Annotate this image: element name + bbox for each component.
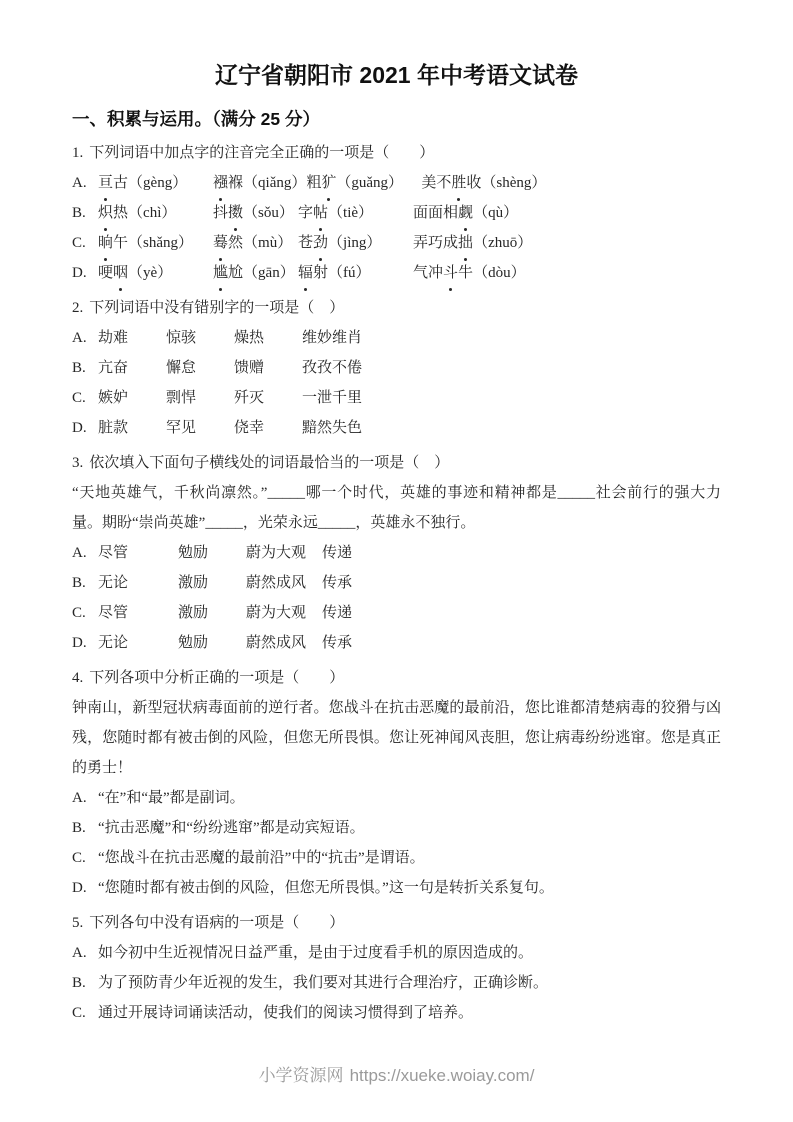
question-1: 1.下列词语中加点字的注音完全正确的一项是（ ） A.亘古（gèng）襁褓（qi… bbox=[72, 138, 721, 288]
option-label: B. bbox=[72, 568, 98, 598]
option-row: A.如今初中生近视情况日益严重，是由于过度看手机的原因造成的。 bbox=[72, 938, 721, 968]
option-label: D. bbox=[72, 413, 98, 443]
word: 气冲斗牛 bbox=[413, 265, 473, 281]
option-text: “您战斗在抗击恶魔的最前沿”中的“抗击”是谓语。 bbox=[98, 850, 425, 866]
question-number: 4. bbox=[72, 670, 83, 686]
pinyin: （zhuō） bbox=[473, 235, 532, 251]
word: 传承 bbox=[322, 568, 352, 598]
word: 炽热 bbox=[98, 205, 128, 221]
word: 嫉妒 bbox=[98, 383, 166, 413]
word: 勉励 bbox=[178, 628, 246, 658]
footer-watermark: 小学资源网https://xueke.woiay.com/ bbox=[0, 1061, 793, 1086]
word: 苍劲 bbox=[298, 235, 328, 251]
word-with-pinyin: 粗犷（guǎng） bbox=[306, 168, 421, 198]
question-1-stem: 1.下列词语中加点字的注音完全正确的一项是（ ） bbox=[72, 138, 721, 168]
pinyin: （fú） bbox=[328, 265, 371, 281]
word-with-pinyin: 美不胜收（shèng） bbox=[421, 168, 546, 198]
question-4-passage: 钟南山，新型冠状病毒面前的逆行者。您战斗在抗击恶魔的最前沿，您比谁都清楚病毒的狡… bbox=[72, 693, 721, 783]
question-4: 4.下列各项中分析正确的一项是（ ） 钟南山，新型冠状病毒面前的逆行者。您战斗在… bbox=[72, 663, 721, 903]
option-text: “抗击恶魔”和“纷纷逃窜”都是动宾短语。 bbox=[98, 820, 365, 836]
word: 孜孜不倦 bbox=[302, 353, 362, 383]
word: 馈赠 bbox=[234, 353, 302, 383]
option-text: “您随时都有被击倒的风险，但您无所畏惧。”这一句是转折关系复句。 bbox=[98, 880, 554, 896]
word-with-pinyin: 苍劲（jìng） bbox=[298, 228, 413, 258]
word: 蓦然 bbox=[213, 235, 243, 251]
word: 晌午 bbox=[98, 235, 128, 251]
word: 面面相觑 bbox=[413, 205, 473, 221]
word-with-pinyin: 哽咽（yè） bbox=[98, 258, 213, 288]
word: 懈怠 bbox=[166, 353, 234, 383]
pinyin: （qiǎng） bbox=[243, 175, 306, 191]
word: 传递 bbox=[322, 598, 352, 628]
option-label: B. bbox=[72, 813, 98, 843]
option-label: C. bbox=[72, 383, 98, 413]
option-label: A. bbox=[72, 168, 98, 198]
pinyin: （yè） bbox=[128, 265, 172, 281]
option-label: B. bbox=[72, 968, 98, 998]
option-row: D.无论勉励蔚然成风传承 bbox=[72, 628, 721, 658]
pinyin: （mù） bbox=[243, 235, 292, 251]
word: 粗犷 bbox=[306, 175, 336, 191]
question-5: 5.下列各句中没有语病的一项是（ ） A.如今初中生近视情况日益严重，是由于过度… bbox=[72, 908, 721, 1028]
word: 侥幸 bbox=[234, 413, 302, 443]
option-label: B. bbox=[72, 353, 98, 383]
option-row: B.为了预防青少年近视的发生，我们要对其进行合理治疗，正确诊断。 bbox=[72, 968, 721, 998]
site-name: 小学资源网 bbox=[259, 1066, 344, 1085]
pinyin: （jìng） bbox=[328, 235, 381, 251]
word: 亢奋 bbox=[98, 353, 166, 383]
option-label: C. bbox=[72, 843, 98, 873]
word: 尴尬 bbox=[213, 265, 243, 281]
word-with-pinyin: 亘古（gèng） bbox=[98, 168, 213, 198]
word: 一泄千里 bbox=[302, 383, 362, 413]
word: 惊骇 bbox=[166, 323, 234, 353]
option-text: 为了预防青少年近视的发生，我们要对其进行合理治疗，正确诊断。 bbox=[98, 975, 548, 991]
question-2-stem: 2.下列词语中没有错别字的一项是（ ） bbox=[72, 293, 721, 323]
word: 抖擞 bbox=[213, 205, 243, 221]
option-row: C.晌午（shǎng）蓦然（mù）苍劲（jìng）弄巧成拙（zhuō） bbox=[72, 228, 721, 258]
option-text: 如今初中生近视情况日益严重，是由于过度看手机的原因造成的。 bbox=[98, 945, 533, 961]
option-row: D.脏款罕见侥幸黯然失色 bbox=[72, 413, 721, 443]
word-with-pinyin: 蓦然（mù） bbox=[213, 228, 298, 258]
question-3-passage: “天地英雄气，千秋尚凛然。”_____哪一个时代，英雄的事迹和精神都是_____… bbox=[72, 478, 721, 538]
word-with-pinyin: 尴尬（gān） bbox=[213, 258, 298, 288]
option-label: A. bbox=[72, 938, 98, 968]
exam-page: 辽宁省朝阳市 2021 年中考语文试卷 一、积累与运用。（满分 25 分） 1.… bbox=[0, 0, 793, 1122]
pinyin: （guǎng） bbox=[336, 175, 403, 191]
option-label: C. bbox=[72, 998, 98, 1028]
site-url: https://xueke.woiay.com/ bbox=[350, 1066, 535, 1085]
option-row: B.亢奋懈怠馈赠孜孜不倦 bbox=[72, 353, 721, 383]
word: 维妙维肖 bbox=[302, 323, 362, 353]
word-with-pinyin: 炽热（chì） bbox=[98, 198, 213, 228]
word-with-pinyin: 晌午（shǎng） bbox=[98, 228, 213, 258]
word: 襁褓 bbox=[213, 175, 243, 191]
word: 蔚然成风 bbox=[246, 628, 322, 658]
question-number: 1. bbox=[72, 145, 83, 161]
word: 尽管 bbox=[98, 598, 178, 628]
option-label: D. bbox=[72, 258, 98, 288]
option-row: C.“您战斗在抗击恶魔的最前沿”中的“抗击”是谓语。 bbox=[72, 843, 721, 873]
pinyin: （sǒu） bbox=[243, 205, 294, 221]
pinyin: （gān） bbox=[243, 265, 295, 281]
word: 歼灭 bbox=[234, 383, 302, 413]
page-content: 辽宁省朝阳市 2021 年中考语文试卷 一、积累与运用。（满分 25 分） 1.… bbox=[0, 0, 793, 1028]
question-5-stem: 5.下列各句中没有语病的一项是（ ） bbox=[72, 908, 721, 938]
word: 哽咽 bbox=[98, 265, 128, 281]
word: 蔚为大观 bbox=[246, 598, 322, 628]
question-number: 2. bbox=[72, 300, 83, 316]
option-row: A.亘古（gèng）襁褓（qiǎng）粗犷（guǎng）美不胜收（shèng） bbox=[72, 168, 721, 198]
word: 尽管 bbox=[98, 538, 178, 568]
word: 字帖 bbox=[298, 205, 328, 221]
pinyin: （tiè） bbox=[328, 205, 373, 221]
word: 激励 bbox=[178, 568, 246, 598]
option-row: B.炽热（chì）抖擞（sǒu）字帖（tiè）面面相觑（qù） bbox=[72, 198, 721, 228]
option-label: B. bbox=[72, 198, 98, 228]
option-row: A.“在”和“最”都是副词。 bbox=[72, 783, 721, 813]
word-with-pinyin: 弄巧成拙（zhuō） bbox=[413, 228, 532, 258]
stem-text: 下列词语中没有错别字的一项是（ ） bbox=[89, 300, 344, 316]
word: 辐射 bbox=[298, 265, 328, 281]
word: 脏款 bbox=[98, 413, 166, 443]
option-row: A.尽管勉励蔚为大观传递 bbox=[72, 538, 721, 568]
stem-text: 下列各项中分析正确的一项是（ ） bbox=[89, 670, 344, 686]
word-with-pinyin: 襁褓（qiǎng） bbox=[213, 168, 306, 198]
pinyin: （shèng） bbox=[481, 175, 546, 191]
question-number: 3. bbox=[72, 455, 83, 471]
option-label: C. bbox=[72, 228, 98, 258]
word: 勉励 bbox=[178, 538, 246, 568]
word-with-pinyin: 面面相觑（qù） bbox=[413, 198, 518, 228]
word-with-pinyin: 抖擞（sǒu） bbox=[213, 198, 298, 228]
option-label: A. bbox=[72, 323, 98, 353]
option-text: “在”和“最”都是副词。 bbox=[98, 790, 245, 806]
word: 罕见 bbox=[166, 413, 234, 443]
stem-text: 下列词语中加点字的注音完全正确的一项是（ ） bbox=[89, 145, 434, 161]
option-row: C.嫉妒剽悍歼灭一泄千里 bbox=[72, 383, 721, 413]
word: 劫难 bbox=[98, 323, 166, 353]
word: 激励 bbox=[178, 598, 246, 628]
pinyin: （gèng） bbox=[128, 175, 187, 191]
word: 美不胜收 bbox=[421, 175, 481, 191]
question-3: 3.依次填入下面句子横线处的词语最恰当的一项是（ ） “天地英雄气，千秋尚凛然。… bbox=[72, 448, 721, 658]
word: 亘古 bbox=[98, 175, 128, 191]
question-3-stem: 3.依次填入下面句子横线处的词语最恰当的一项是（ ） bbox=[72, 448, 721, 478]
question-4-stem: 4.下列各项中分析正确的一项是（ ） bbox=[72, 663, 721, 693]
stem-text: 依次填入下面句子横线处的词语最恰当的一项是（ ） bbox=[89, 455, 449, 471]
option-label: D. bbox=[72, 873, 98, 903]
option-label: A. bbox=[72, 538, 98, 568]
option-row: D.“您随时都有被击倒的风险，但您无所畏惧。”这一句是转折关系复句。 bbox=[72, 873, 721, 903]
option-text: 通过开展诗词诵读活动，使我们的阅读习惯得到了培养。 bbox=[98, 1005, 473, 1021]
option-row: B.“抗击恶魔”和“纷纷逃窜”都是动宾短语。 bbox=[72, 813, 721, 843]
pinyin: （qù） bbox=[473, 205, 518, 221]
word: 弄巧成拙 bbox=[413, 235, 473, 251]
word: 蔚为大观 bbox=[246, 538, 322, 568]
word: 传递 bbox=[322, 538, 352, 568]
word: 传承 bbox=[322, 628, 352, 658]
option-label: A. bbox=[72, 783, 98, 813]
question-number: 5. bbox=[72, 915, 83, 931]
word: 蔚然成风 bbox=[246, 568, 322, 598]
word: 剽悍 bbox=[166, 383, 234, 413]
option-row: A.劫难惊骇燥热维妙维肖 bbox=[72, 323, 721, 353]
pinyin: （chì） bbox=[128, 205, 176, 221]
option-row: C.尽管激励蔚为大观传递 bbox=[72, 598, 721, 628]
word-with-pinyin: 气冲斗牛（dòu） bbox=[413, 258, 526, 288]
pinyin: （dòu） bbox=[473, 265, 526, 281]
word: 黯然失色 bbox=[302, 413, 362, 443]
word: 无论 bbox=[98, 628, 178, 658]
option-row: B.无论激励蔚然成风传承 bbox=[72, 568, 721, 598]
word-with-pinyin: 辐射（fú） bbox=[298, 258, 413, 288]
paper-title: 辽宁省朝阳市 2021 年中考语文试卷 bbox=[72, 58, 721, 92]
option-row: C.通过开展诗词诵读活动，使我们的阅读习惯得到了培养。 bbox=[72, 998, 721, 1028]
pinyin: （shǎng） bbox=[128, 235, 193, 251]
option-label: C. bbox=[72, 598, 98, 628]
word-with-pinyin: 字帖（tiè） bbox=[298, 198, 413, 228]
word: 燥热 bbox=[234, 323, 302, 353]
section-heading: 一、积累与运用。（满分 25 分） bbox=[72, 106, 721, 132]
question-2: 2.下列词语中没有错别字的一项是（ ） A.劫难惊骇燥热维妙维肖 B.亢奋懈怠馈… bbox=[72, 293, 721, 443]
stem-text: 下列各句中没有语病的一项是（ ） bbox=[89, 915, 344, 931]
word: 无论 bbox=[98, 568, 178, 598]
option-label: D. bbox=[72, 628, 98, 658]
option-row: D.哽咽（yè）尴尬（gān）辐射（fú）气冲斗牛（dòu） bbox=[72, 258, 721, 288]
